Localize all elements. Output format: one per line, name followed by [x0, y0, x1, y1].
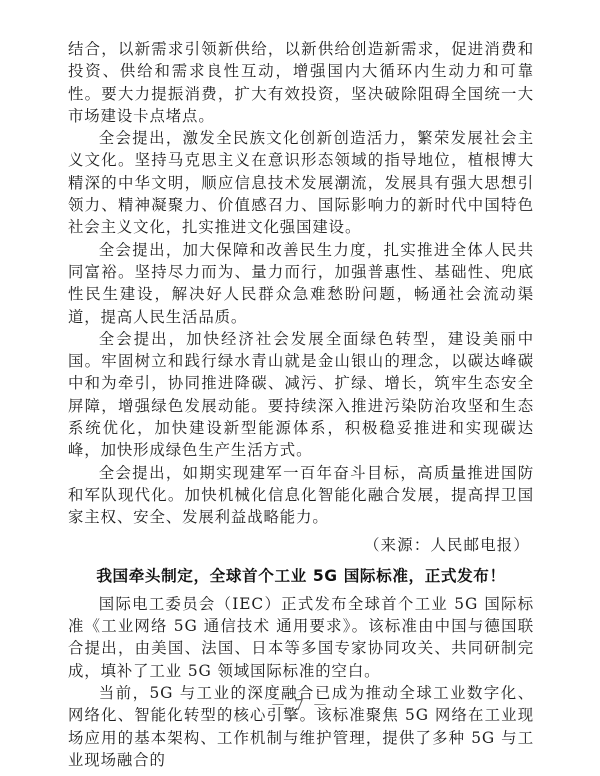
paragraph-economy-continued: 结合，以新需求引领新供给，以新供给创造新需求，促进消费和投资、供给和需求良性互动… — [68, 38, 534, 127]
document-page: 结合，以新需求引领新供给，以新供给创造新需求，促进消费和投资、供给和需求良性互动… — [68, 38, 534, 771]
paragraph-culture: 全会提出，激发全民族文化创新创造活力，繁荣发展社会主义文化。坚持马克思主义在意识… — [68, 127, 534, 238]
page-number: － 7 － — [0, 694, 600, 715]
article-title: 我国牵头制定，全球首个工业 5G 国际标准，正式发布！ — [68, 565, 534, 587]
source-attribution: （来源：人民邮电报） — [68, 534, 534, 556]
paragraph-iec-standard: 国际电工委员会（IEC）正式发布全球首个工业 5G 国际标准《工业网络 5G 通… — [68, 593, 534, 682]
paragraph-green-transition: 全会提出，加快经济社会发展全面绿色转型，建设美丽中国。牢固树立和践行绿水青山就是… — [68, 328, 534, 462]
paragraph-livelihood: 全会提出，加大保障和改善民生力度，扎实推进全体人民共同富裕。坚持尽力而为、量力而… — [68, 239, 534, 328]
paragraph-defense: 全会提出，如期实现建军一百年奋斗目标，高质量推进国防和军队现代化。加快机械化信息… — [68, 462, 534, 529]
